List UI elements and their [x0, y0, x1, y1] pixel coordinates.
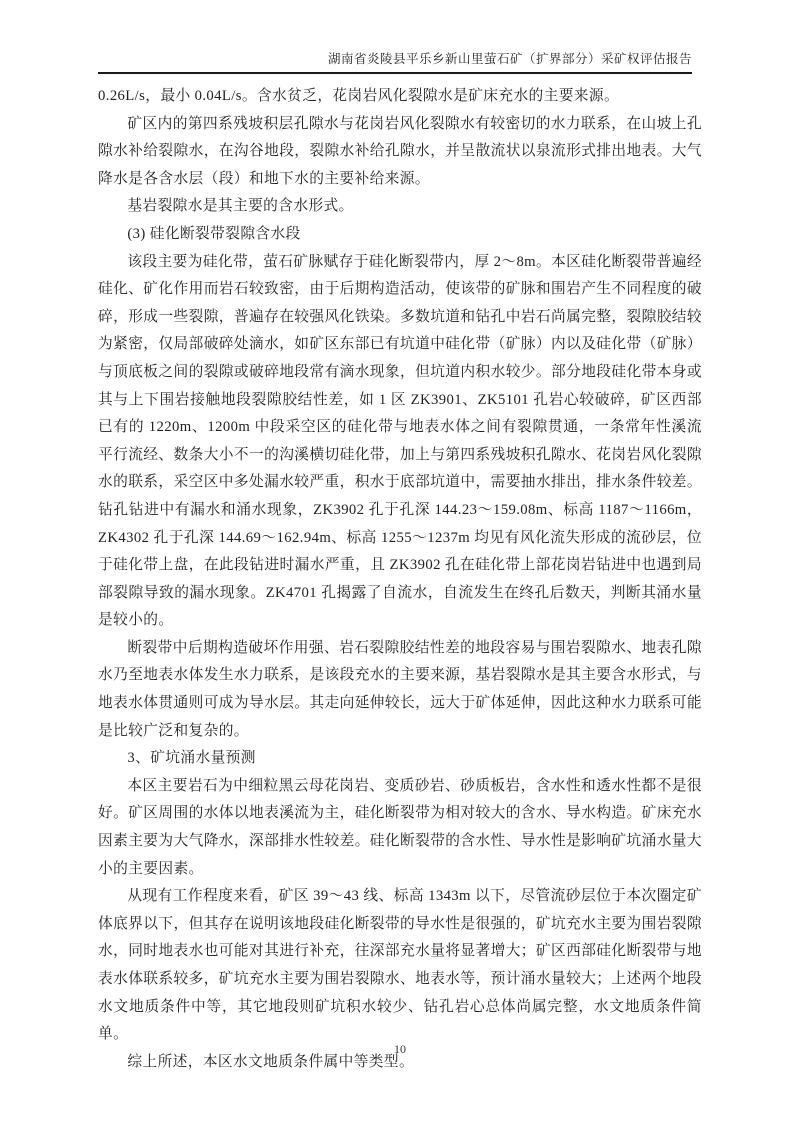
page-footer: 10: [0, 1042, 800, 1057]
paragraph: 基岩裂隙水是其主要的含水形式。: [98, 193, 702, 221]
section-heading: 3、矿坑涌水量预测: [98, 745, 702, 773]
paragraph: 断裂带中后期构造破坏作用强、岩石裂隙胶结性差的地段容易与围岩裂隙水、地表孔隙水乃…: [98, 635, 702, 745]
page-header: 湖南省炎陵县平乐乡新山里萤石矿（扩界部分）采矿权评估报告: [98, 52, 692, 74]
section-heading: (3) 硅化断裂带裂隙含水段: [98, 221, 702, 249]
paragraph: 矿区内的第四系残坡积层孔隙水与花岗岩风化裂隙水有较密切的水力联系，在山坡上孔隙水…: [98, 111, 702, 194]
paragraph: 该段主要为硅化带，萤石矿脉赋存于硅化断裂带内，厚 2～8m。本区硅化断裂带普遍经…: [98, 249, 702, 635]
paragraph: 从现有工作程度来看，矿区 39～43 线、标高 1343m 以下，尽管流砂层位于…: [98, 883, 702, 1049]
document-body: 0.26L/s，最小 0.04L/s。含水贫乏，花岗岩风化裂隙水是矿床充水的主要…: [98, 83, 702, 1076]
document-page: 湖南省炎陵县平乐乡新山里萤石矿（扩界部分）采矿权评估报告 0.26L/s，最小 …: [0, 0, 800, 1132]
header-title: 湖南省炎陵县平乐乡新山里萤石矿（扩界部分）采矿权评估报告: [328, 52, 692, 66]
paragraph: 本区主要岩石为中细粒黑云母花岗岩、变质砂岩、砂质板岩，含水性和透水性都不是很好。…: [98, 773, 702, 883]
page-number: 10: [394, 1042, 406, 1056]
paragraph: 0.26L/s，最小 0.04L/s。含水贫乏，花岗岩风化裂隙水是矿床充水的主要…: [98, 83, 702, 111]
